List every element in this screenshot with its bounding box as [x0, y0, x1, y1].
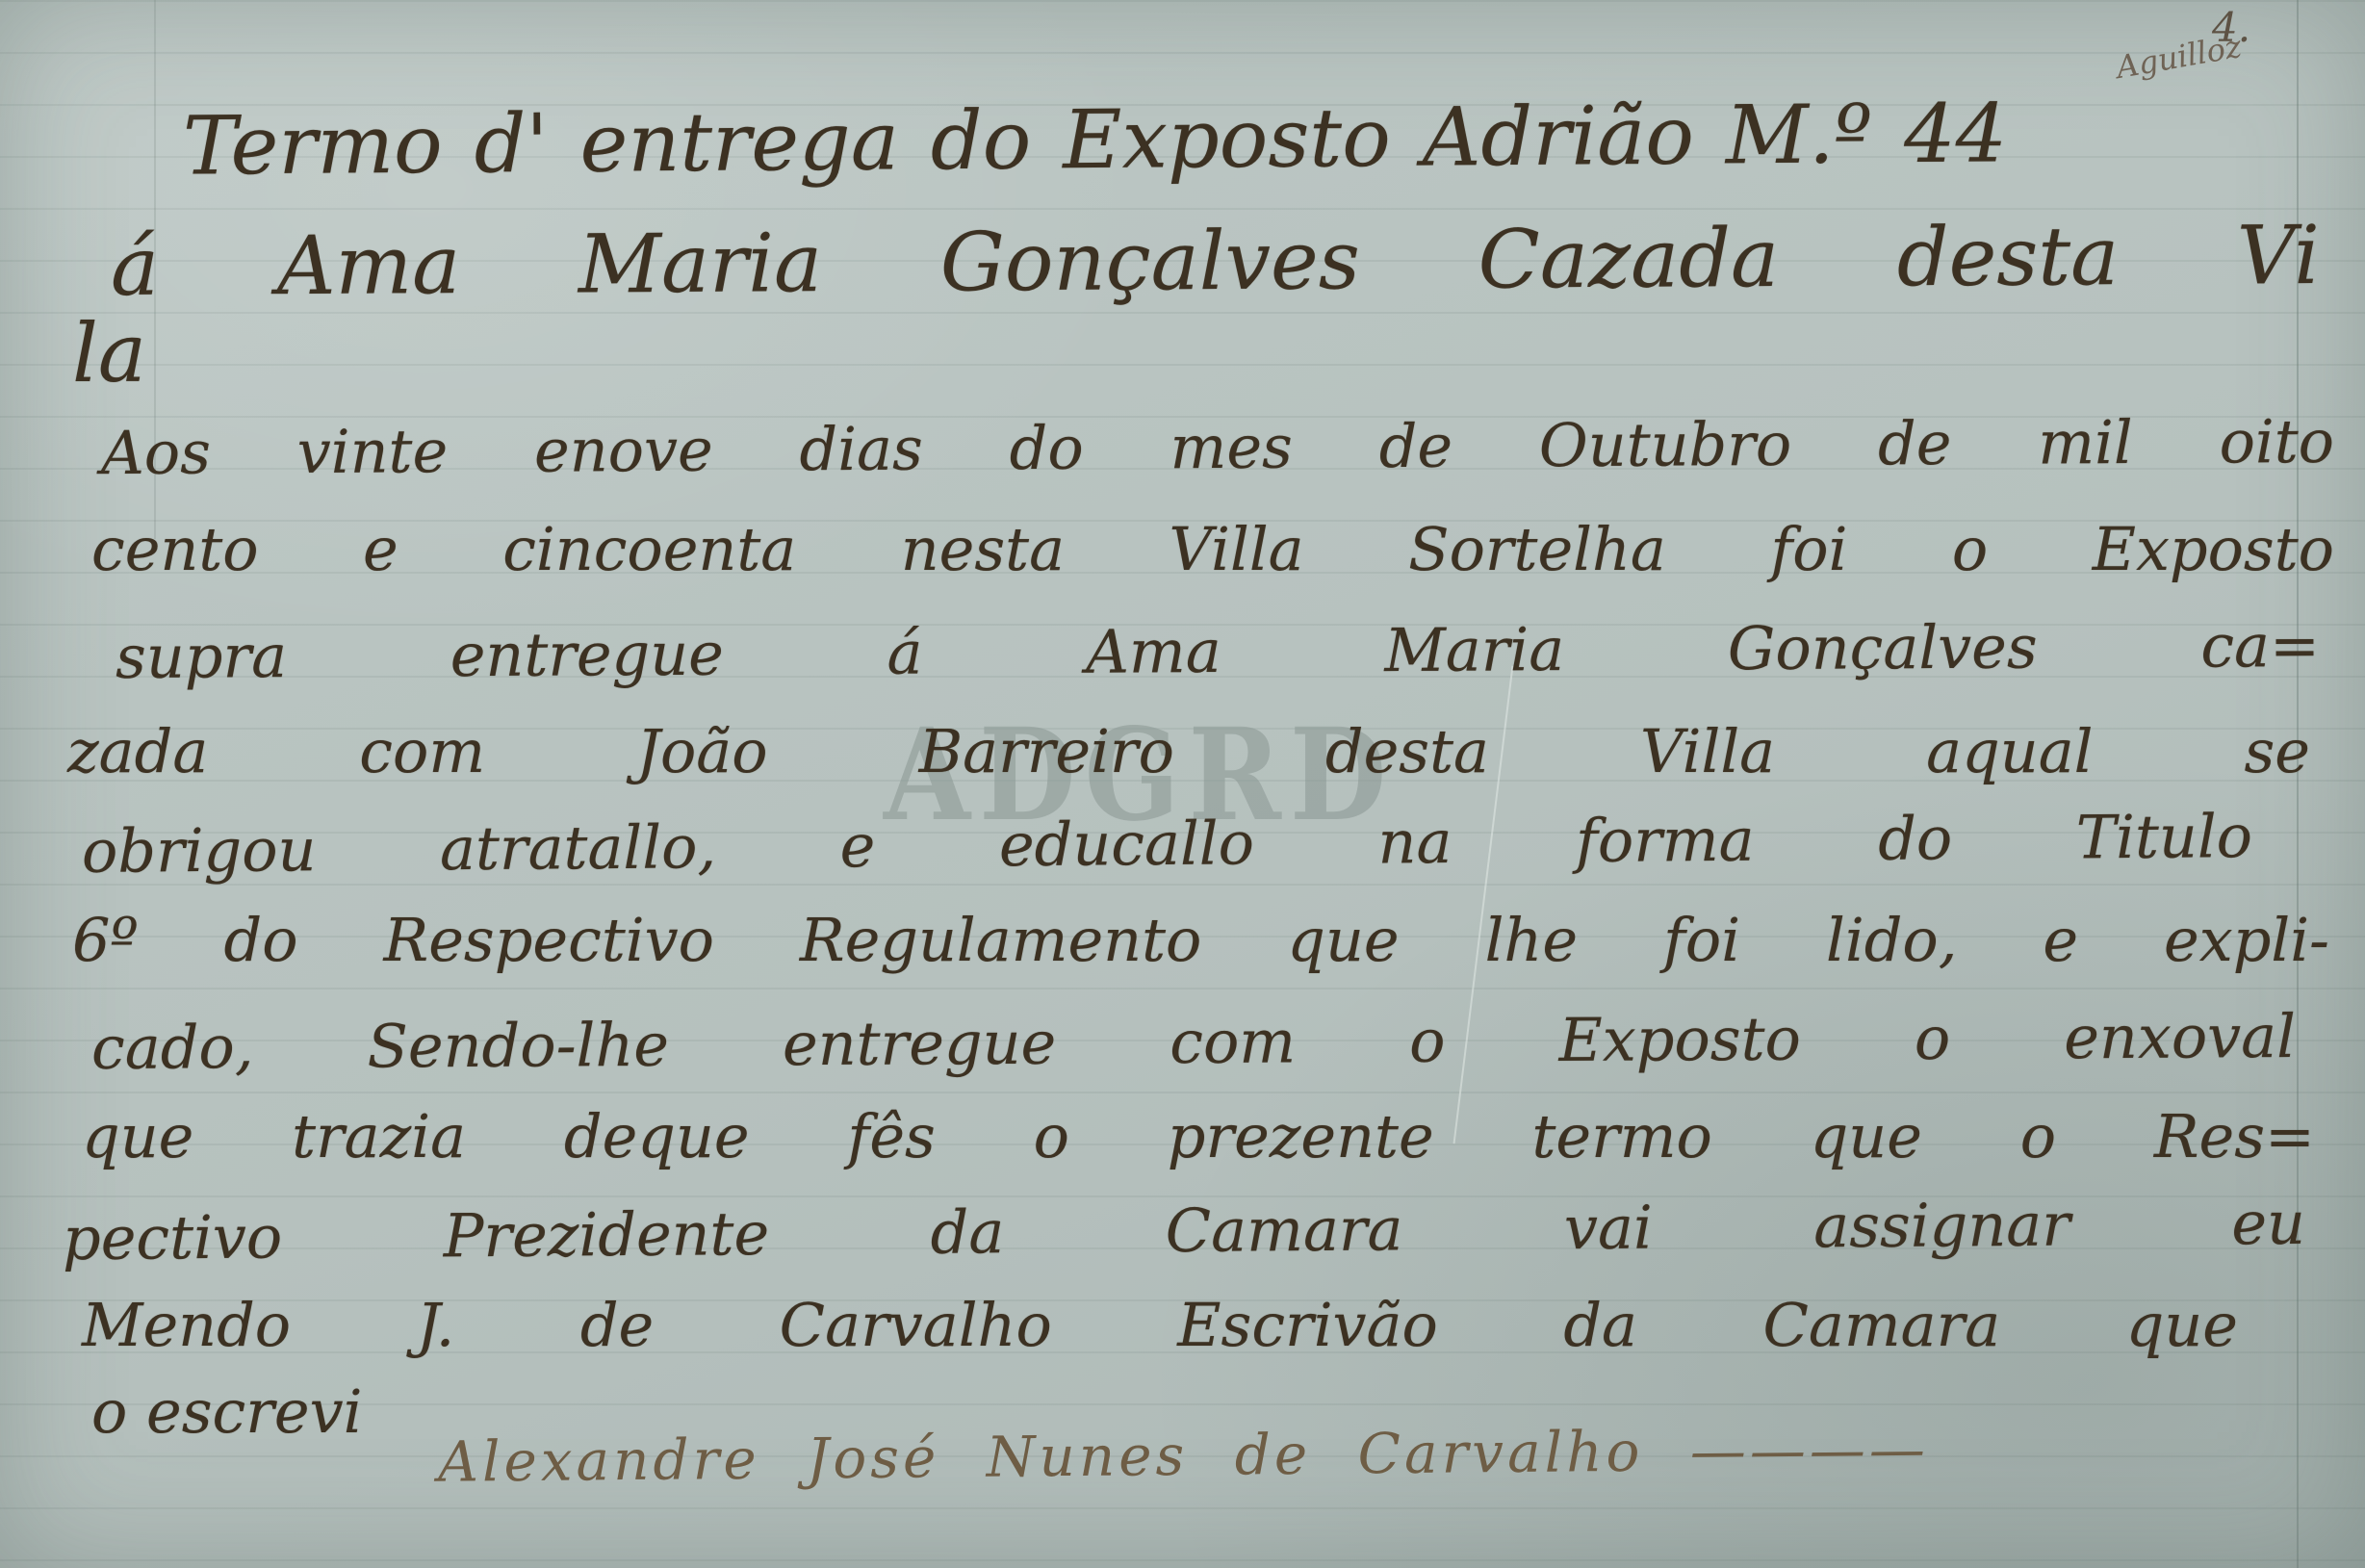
- body-line: o escrevi: [91, 1376, 362, 1447]
- body-line: 6º do Respectivo Regulamento que lhe foi…: [72, 905, 2329, 975]
- title-line: la: [72, 306, 146, 400]
- body-line: zada com João Barreiro desta Villa aqual…: [67, 716, 2310, 786]
- body-line: cento e cincoenta nesta Villa Sortelha f…: [91, 514, 2334, 584]
- body-line: Mendo J. de Carvalho Escrivão da Camara …: [82, 1290, 2238, 1360]
- body-line: que trazia deque fês o prezente termo qu…: [82, 1101, 2315, 1171]
- body-line: obrigou atratallo, e educallo na forma d…: [82, 801, 2252, 887]
- body-line: cado, Sendo-lhe entregue com o Exposto o…: [91, 1001, 2296, 1083]
- manuscript-page: ADGRD 4. Aguilloz Termo d' entrega do Ex…: [0, 0, 2365, 1568]
- body-line: pectivo Prezidente da Camara vai assigna…: [63, 1188, 2305, 1273]
- body-line: Aos vinte enove dias do mes de Outubro d…: [101, 406, 2334, 488]
- corner-note-annotation: Aguilloz: [2114, 28, 2245, 86]
- title-line: Termo d' entrega do Exposto Adrião M.º 4…: [183, 86, 2008, 193]
- signature-line: Alexandre José Nunes de Carvalho ————: [438, 1416, 1929, 1495]
- body-line: supra entregue á Ama Maria Gonçalves ca=: [116, 610, 2320, 692]
- title-line: á Ama Maria Gonçalves Cazada desta Vi: [111, 208, 2320, 314]
